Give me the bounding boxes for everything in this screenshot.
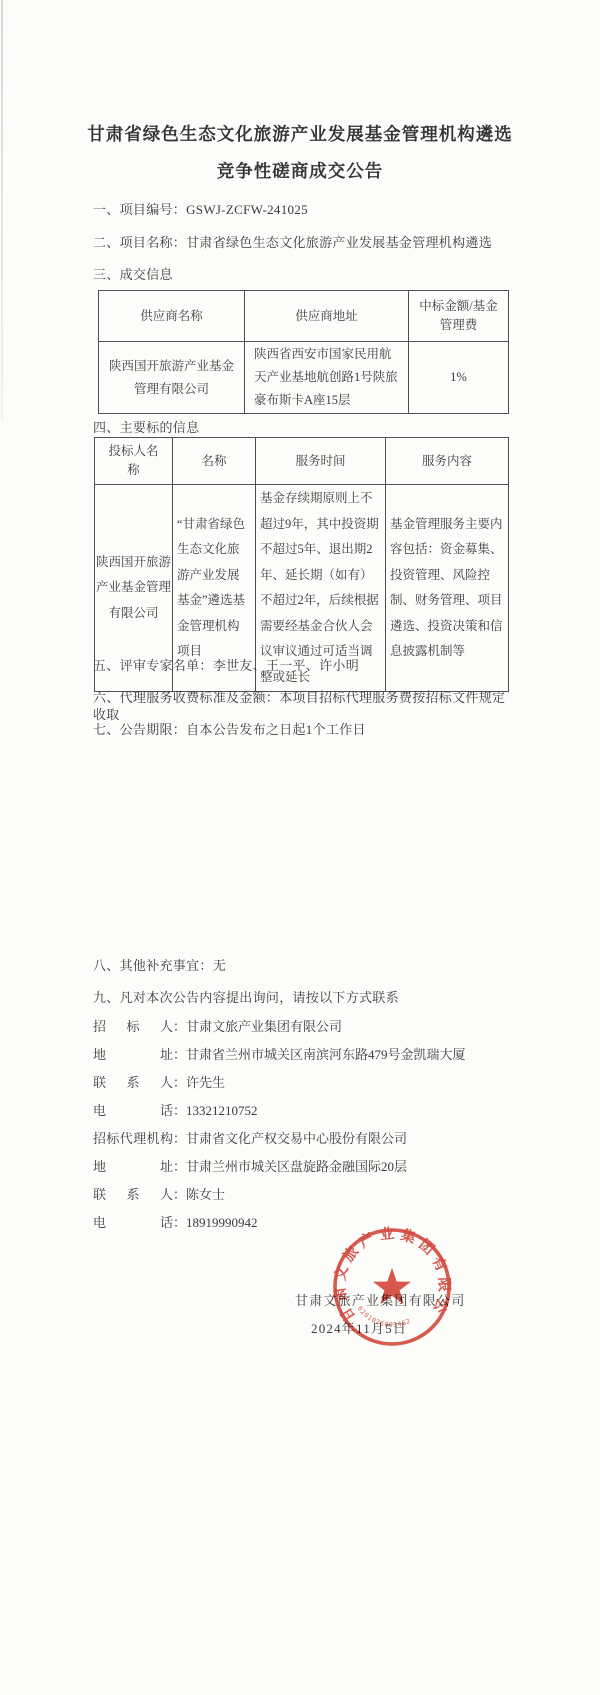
notice-period-line: 七、公告期限：自本公告发布之日起1个工作日 [93,721,513,738]
deal-cell-supplier-name: 陕西国开旅游产业基金管理有限公司 [99,342,245,414]
contact-value: 甘肃省文化产权交易中心股份有限公司 [186,1131,407,1146]
contact-line-phone: 电话：13321210752 [93,1102,523,1119]
colon: ： [173,1047,186,1062]
contact-label: 联系人 [93,1074,173,1091]
contact-value: 13321210752 [186,1103,258,1118]
deal-info-data-row: 陕西国开旅游产业基金管理有限公司 陕西省西安市国家民用航天产业基地航创路1号陕旅… [99,342,509,414]
company-seal-stamp: 甘肃文旅产业集团有限公司 6201026005462 [329,1224,455,1350]
contact-label: 地址 [93,1158,173,1175]
contact-label: 招标人 [93,1018,173,1035]
colon: ： [173,1131,186,1146]
contact-label: 电话 [93,1214,173,1231]
contact-line-agency-address: 地址：甘肃兰州市城关区盘旋路金融国际20层 [93,1158,523,1175]
contact-value: 甘肃文旅产业集团有限公司 [186,1019,342,1034]
contact-value: 甘肃省兰州市城关区南滨河东路479号金凯瑞大厦 [186,1047,466,1062]
deal-info-header-row: 供应商名称 供应商地址 中标金额/基金管理费 [99,291,509,342]
subject-header-service-time: 服务时间 [256,438,386,485]
scan-edge-artifact [1,0,3,420]
deal-cell-award-amount: 1% [409,342,509,414]
contact-line-person: 联系人：许先生 [93,1074,523,1091]
subject-header-name: 名称 [173,438,256,485]
inquiry-line: 九、凡对本次公告内容提出询问，请按以下方式联系 [93,989,513,1006]
subject-header-bidder-name: 投标人名称 [95,438,173,485]
deal-header-supplier-name: 供应商名称 [99,291,245,342]
seal-code-text: 6201026005462 [356,1305,412,1329]
deal-info-heading: 三、成交信息 [93,266,513,283]
contact-line-agency-phone: 电话：18919990942 [93,1214,523,1231]
project-name-line: 二、项目名称：甘肃省绿色生态文化旅游产业发展基金管理机构遴选 [93,234,513,251]
colon: ： [173,1159,186,1174]
deal-header-award-amount: 中标金额/基金管理费 [409,291,509,342]
subject-info-heading: 四、主要标的信息 [93,419,513,436]
contact-label: 招标代理机构 [93,1130,173,1147]
contact-line-tenderer: 招标人：甘肃文旅产业集团有限公司 [93,1018,523,1035]
subject-info-table: 投标人名称 名称 服务时间 服务内容 陕西国开旅游产业基金管理有限公司 “甘肃省… [94,437,509,692]
subject-info-header-row: 投标人名称 名称 服务时间 服务内容 [95,438,509,485]
contact-value: 许先生 [186,1075,225,1090]
contact-value: 陈女士 [186,1187,225,1202]
contact-value: 18919990942 [186,1215,258,1230]
colon: ： [173,1019,186,1034]
deal-header-supplier-address: 供应商地址 [245,291,409,342]
seal-star-icon [373,1268,411,1304]
contact-line-agency: 招标代理机构：甘肃省文化产权交易中心股份有限公司 [93,1130,523,1147]
contact-line-agency-person: 联系人：陈女士 [93,1186,523,1203]
colon: ： [173,1187,186,1202]
title-line-2: 竞争性磋商成交公告 [0,153,600,190]
contact-line-address: 地址：甘肃省兰州市城关区南滨河东路479号金凯瑞大厦 [93,1046,523,1063]
deal-cell-supplier-address: 陕西省西安市国家民用航天产业基地航创路1号陕旅豪布斯卡A座15层 [245,342,409,414]
colon: ： [173,1075,186,1090]
agency-fee-line: 六、代理服务收费标准及金额：本项目招标代理服务费按招标文件规定收取 [93,689,513,723]
svg-text:6201026005462: 6201026005462 [356,1305,412,1329]
document-page: 甘肃省绿色生态文化旅游产业发展基金管理机构遴选 竞争性磋商成交公告 一、项目编号… [0,0,600,1695]
colon: ： [173,1215,186,1230]
experts-line: 五、评审专家名单：李世友、王一平、许小明 [93,657,513,674]
contact-label: 联系人 [93,1186,173,1203]
contact-label: 地址 [93,1046,173,1063]
contact-value: 甘肃兰州市城关区盘旋路金融国际20层 [186,1159,407,1174]
project-number-line: 一、项目编号：GSWJ-ZCFW-241025 [93,201,513,218]
colon: ： [173,1103,186,1118]
contact-label: 电话 [93,1102,173,1119]
other-matters-line: 八、其他补充事宜：无 [93,957,513,974]
title-line-1: 甘肃省绿色生态文化旅游产业发展基金管理机构遴选 [0,116,600,153]
subject-header-service-content: 服务内容 [386,438,509,485]
document-title: 甘肃省绿色生态文化旅游产业发展基金管理机构遴选 竞争性磋商成交公告 [0,116,600,190]
deal-info-table: 供应商名称 供应商地址 中标金额/基金管理费 陕西国开旅游产业基金管理有限公司 … [98,290,509,414]
